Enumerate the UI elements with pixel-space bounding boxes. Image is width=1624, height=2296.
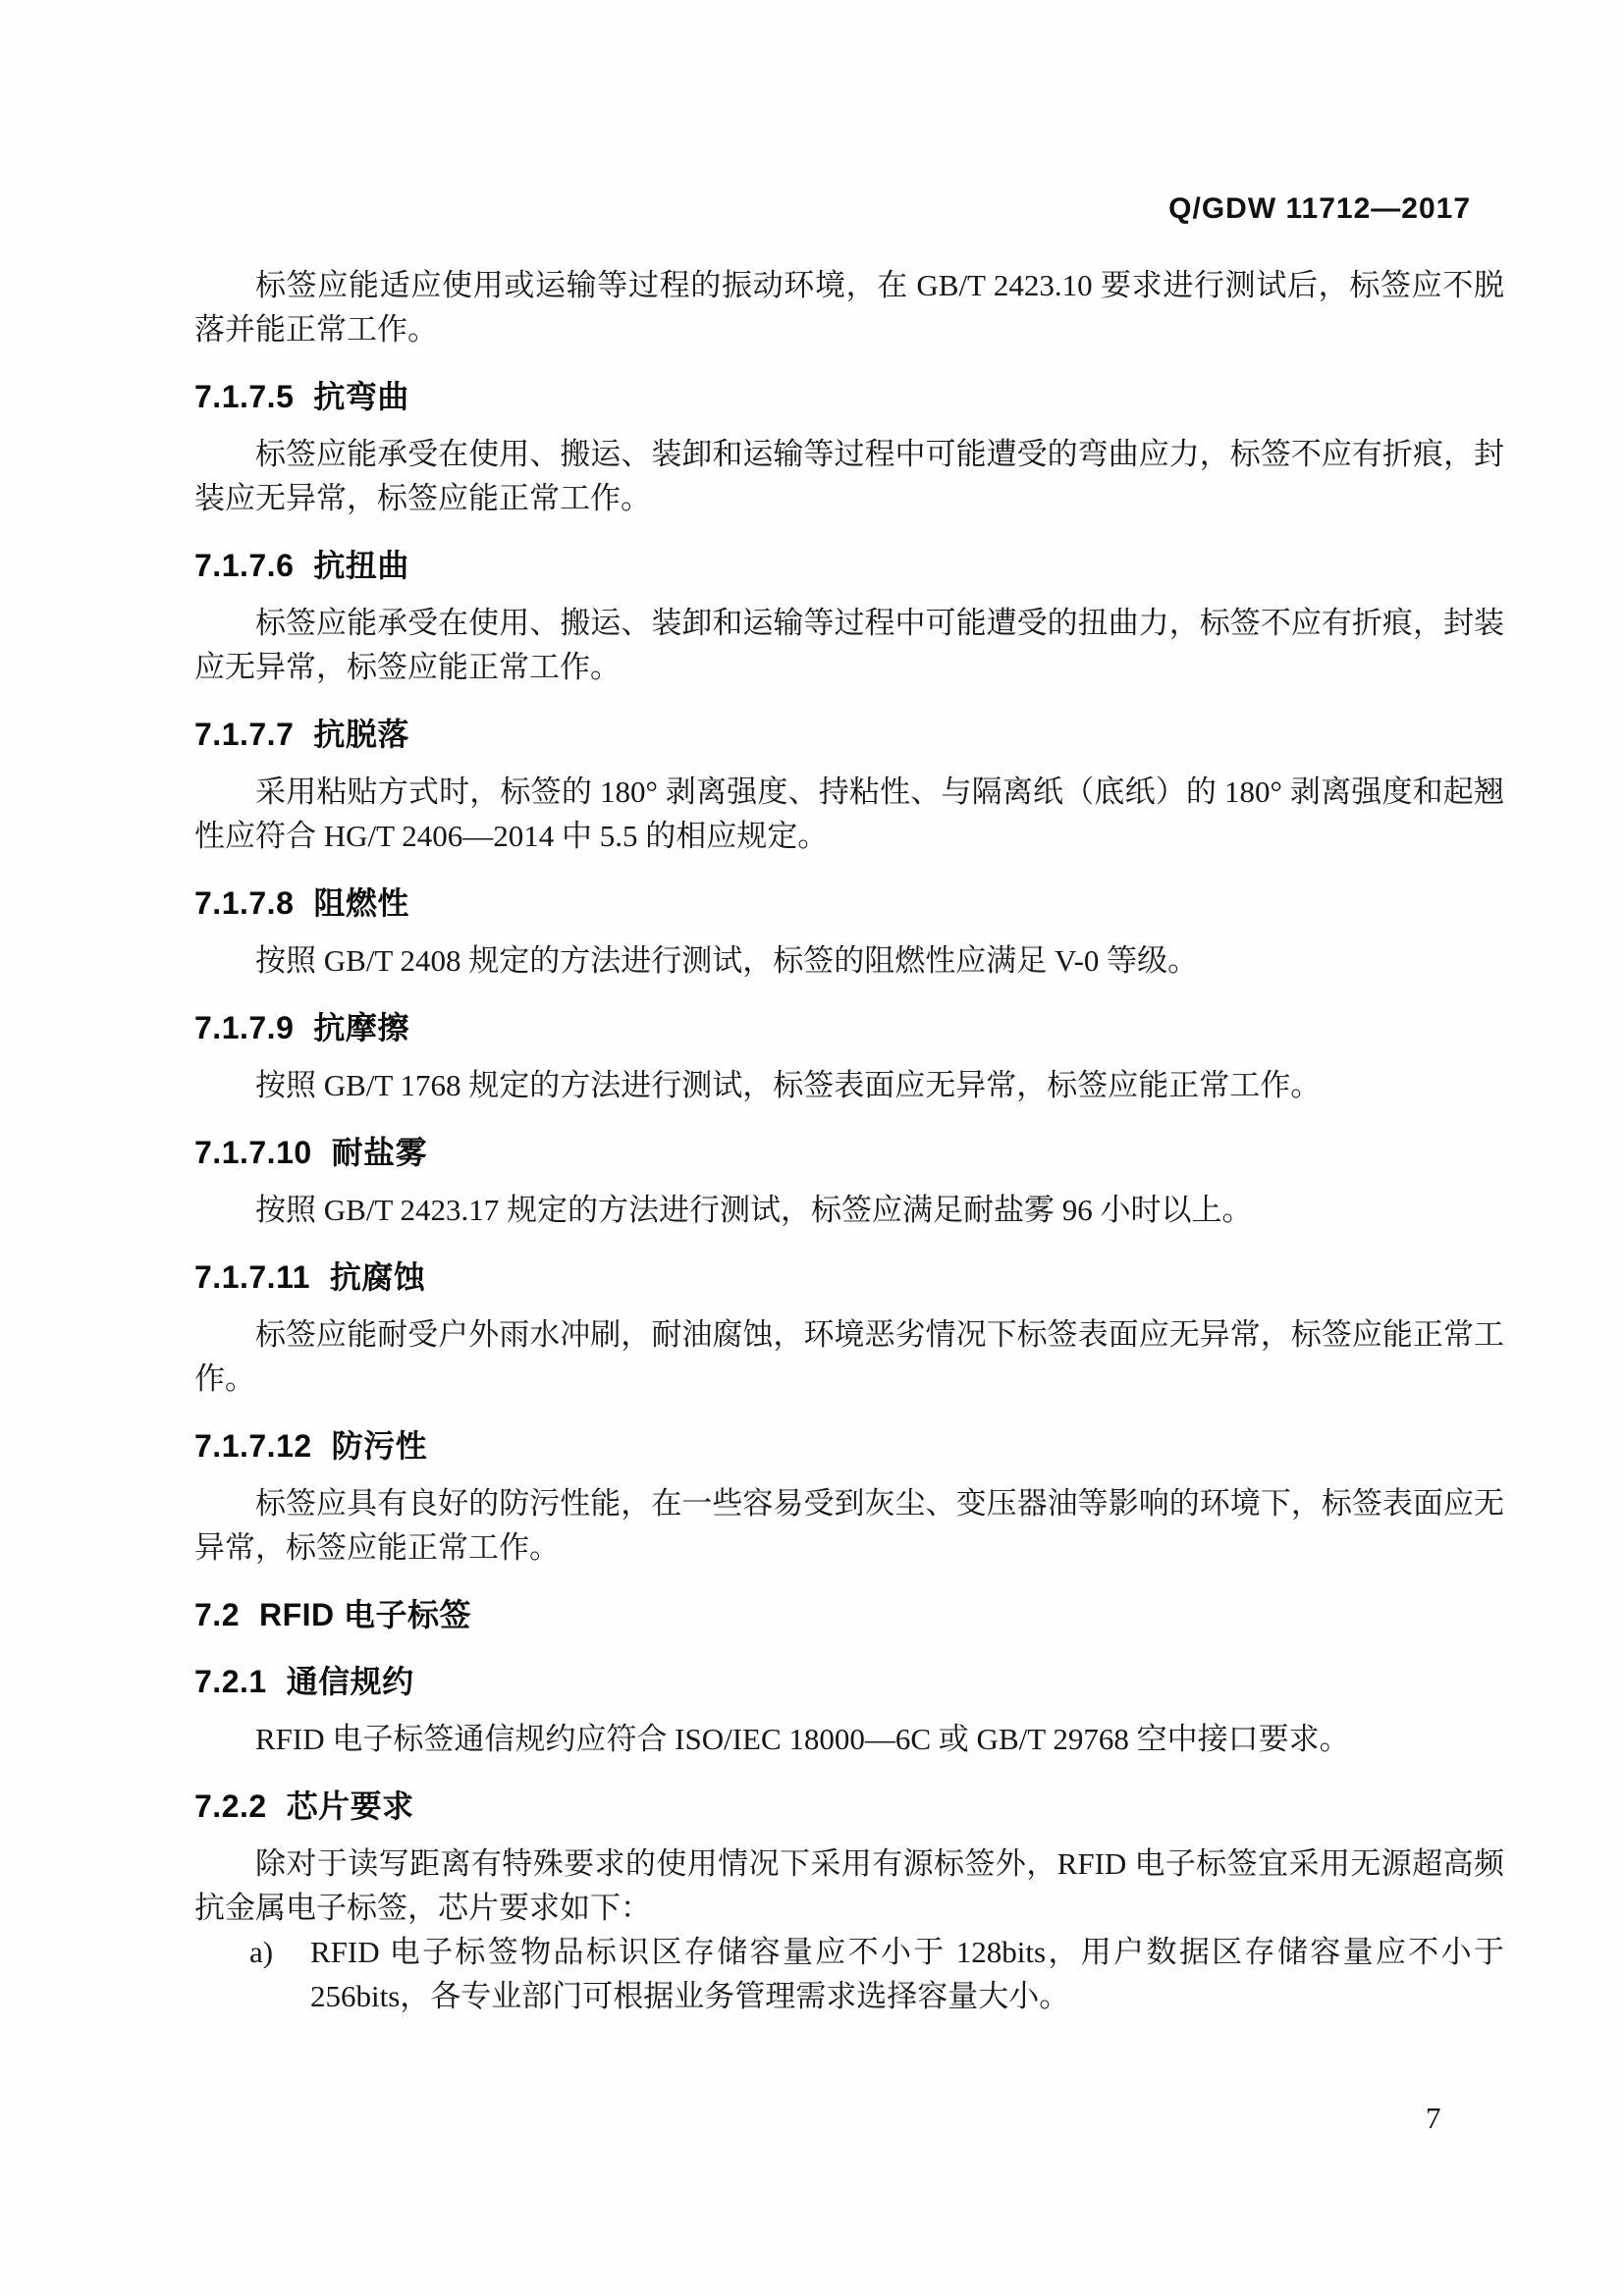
clause-number: 7.1.7.8	[194, 885, 294, 921]
clause-title: 耐盐雾	[332, 1135, 428, 1170]
clause-title: 抗摩擦	[313, 1010, 409, 1045]
section-heading-7-1-7-5: 7.1.7.5抗弯曲	[194, 375, 1504, 418]
section-heading-7-1-7-10: 7.1.7.10耐盐雾	[194, 1131, 1504, 1174]
clause-number: 7.1.7.10	[194, 1135, 312, 1170]
clause-number: 7.2	[194, 1597, 240, 1632]
clause-title: 抗脱落	[313, 717, 409, 752]
clause-number: 7.2.2	[194, 1789, 267, 1824]
section-heading-7-1-7-12: 7.1.7.12防污性	[194, 1424, 1504, 1468]
section-heading-7-1-7-8: 7.1.7.8阻燃性	[194, 881, 1504, 925]
clause-title: 防污性	[332, 1428, 428, 1464]
clause-number: 7.1.7.12	[194, 1428, 312, 1464]
body-paragraph: 标签应能适应使用或运输等过程的振动环境，在 GB/T 2423.10 要求进行测…	[194, 263, 1504, 351]
section-heading-7-1-7-9: 7.1.7.9抗摩擦	[194, 1006, 1504, 1049]
clause-title: 通信规约	[287, 1664, 414, 1699]
body-paragraph: 标签应能承受在使用、搬运、装卸和运输等过程中可能遭受的弯曲应力，标签不应有折痕，…	[194, 432, 1504, 520]
clause-title: 抗弯曲	[313, 379, 409, 414]
clause-title: RFID 电子标签	[259, 1597, 471, 1632]
section-heading-7-1-7-7: 7.1.7.7抗脱落	[194, 713, 1504, 756]
clause-title: 抗腐蚀	[330, 1259, 426, 1295]
body-paragraph: 采用粘贴方式时，标签的 180° 剥离强度、持粘性、与隔离纸（底纸）的 180°…	[194, 770, 1504, 858]
clause-title: 芯片要求	[287, 1789, 414, 1824]
doc-code-header: Q/GDW 11712—2017	[1168, 192, 1471, 226]
clause-number: 7.1.7.9	[194, 1010, 294, 1045]
body-paragraph: 标签应具有良好的防污性能，在一些容易受到灰尘、变压器油等影响的环境下，标签表面应…	[194, 1481, 1504, 1570]
list-item-a: a) RFID 电子标签物品标识区存储容量应不小于 128bits，用户数据区存…	[194, 1930, 1504, 2018]
body-paragraph: 按照 GB/T 2408 规定的方法进行测试，标签的阻燃性应满足 V-0 等级。	[194, 938, 1504, 983]
document-page: Q/GDW 11712—2017 标签应能适应使用或运输等过程的振动环境，在 G…	[0, 0, 1624, 2296]
clause-number: 7.1.7.5	[194, 379, 294, 414]
section-heading-7-2: 7.2RFID 电子标签	[194, 1593, 1504, 1636]
clause-number: 7.1.7.6	[194, 548, 294, 583]
page-content: 标签应能适应使用或运输等过程的振动环境，在 GB/T 2423.10 要求进行测…	[194, 263, 1504, 2018]
body-paragraph: 标签应能承受在使用、搬运、装卸和运输等过程中可能遭受的扭曲力，标签不应有折痕，封…	[194, 601, 1504, 689]
clause-number: 7.1.7.7	[194, 717, 294, 752]
list-marker: a)	[249, 1930, 273, 1974]
body-paragraph: 除对于读写距离有特殊要求的使用情况下采用有源标签外，RFID 电子标签宜采用无源…	[194, 1842, 1504, 1930]
clause-number: 7.2.1	[194, 1664, 267, 1699]
clause-title: 阻燃性	[313, 885, 409, 921]
list-item-text: RFID 电子标签物品标识区存储容量应不小于 128bits，用户数据区存储容量…	[310, 1935, 1504, 2013]
section-heading-7-2-1: 7.2.1通信规约	[194, 1660, 1504, 1703]
clause-number: 7.1.7.11	[194, 1259, 310, 1295]
section-heading-7-1-7-6: 7.1.7.6抗扭曲	[194, 544, 1504, 587]
section-heading-7-1-7-11: 7.1.7.11抗腐蚀	[194, 1255, 1504, 1299]
body-paragraph: 按照 GB/T 2423.17 规定的方法进行测试，标签应满足耐盐雾 96 小时…	[194, 1188, 1504, 1232]
page-number: 7	[1426, 2101, 1441, 2136]
body-paragraph: 按照 GB/T 1768 规定的方法进行测试，标签表面应无异常，标签应能正常工作…	[194, 1063, 1504, 1107]
body-paragraph: 标签应能耐受户外雨水冲刷，耐油腐蚀，环境恶劣情况下标签表面应无异常，标签应能正常…	[194, 1312, 1504, 1401]
body-paragraph: RFID 电子标签通信规约应符合 ISO/IEC 18000—6C 或 GB/T…	[194, 1717, 1504, 1761]
section-heading-7-2-2: 7.2.2芯片要求	[194, 1785, 1504, 1828]
clause-title: 抗扭曲	[313, 548, 409, 583]
